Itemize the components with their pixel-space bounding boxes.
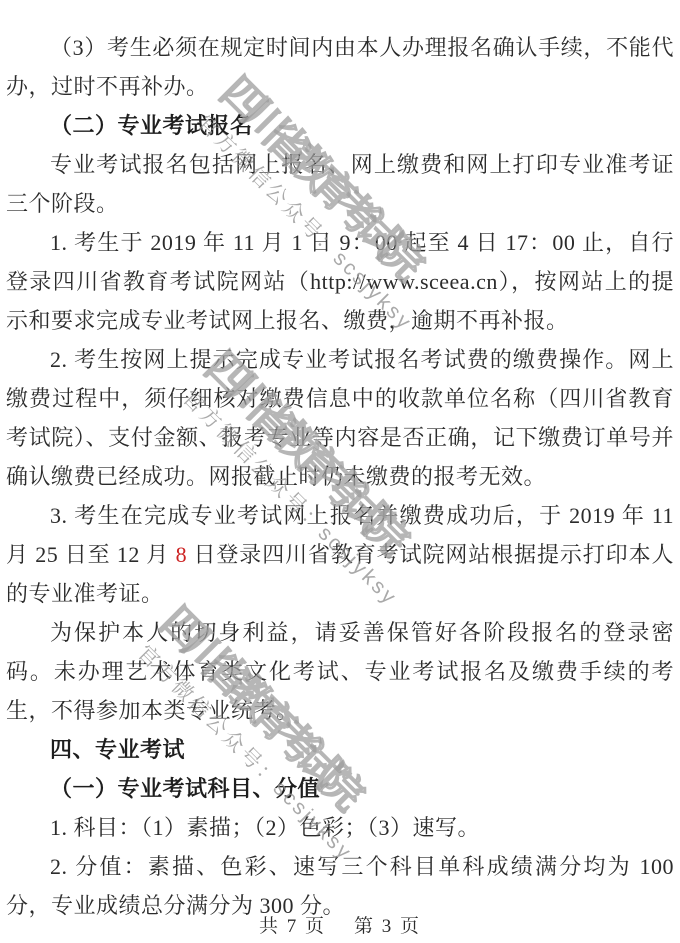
section-heading-exam-registration: （二）专业考试报名 [6,106,674,145]
paragraph-payment-instructions: 2. 考生按网上提示完成专业考试报名考试费的缴费操作。网上缴费过程中，须仔细核对… [6,340,674,496]
document-page: （3）考生必须在规定时间内由本人办理报名确认手续，不能代办，过时不再补办。 （二… [0,0,680,943]
footer-current-page: 第 3 页 [354,916,421,937]
footer-total-pages: 共 7 页 [259,916,326,937]
section-heading-professional-exam: 四、专业考试 [6,730,674,769]
document-body: （3）考生必须在规定时间内由本人办理报名确认手续，不能代办，过时不再补办。 （二… [6,28,674,925]
paragraph-print-admission-ticket: 3. 考生在完成专业考试网上报名并缴费成功后，于 2019 年 11 月 25 … [6,496,674,613]
paragraph-registration-stages: 专业考试报名包括网上报名、网上缴费和网上打印专业准考证三个阶段。 [6,145,674,223]
paragraph-subjects: 1. 科目：（1）素描；（2）色彩；（3）速写。 [6,808,674,847]
paragraph-online-registration: 1. 考生于 2019 年 11 月 1 日 9：00 起至 4 日 17：00… [6,223,674,340]
highlight-red-date: 8 [176,542,188,567]
page-footer: 共 7 页第 3 页 [0,911,680,938]
paragraph-confirm-rule: （3）考生必须在规定时间内由本人办理报名确认手续，不能代办，过时不再补办。 [6,28,674,106]
section-heading-subjects-scores: （一）专业考试科目、分值 [6,769,674,808]
paragraph-password-protection: 为保护本人的切身利益，请妥善保管好各阶段报名的登录密码。未办理艺术体育类文化考试… [6,613,674,730]
